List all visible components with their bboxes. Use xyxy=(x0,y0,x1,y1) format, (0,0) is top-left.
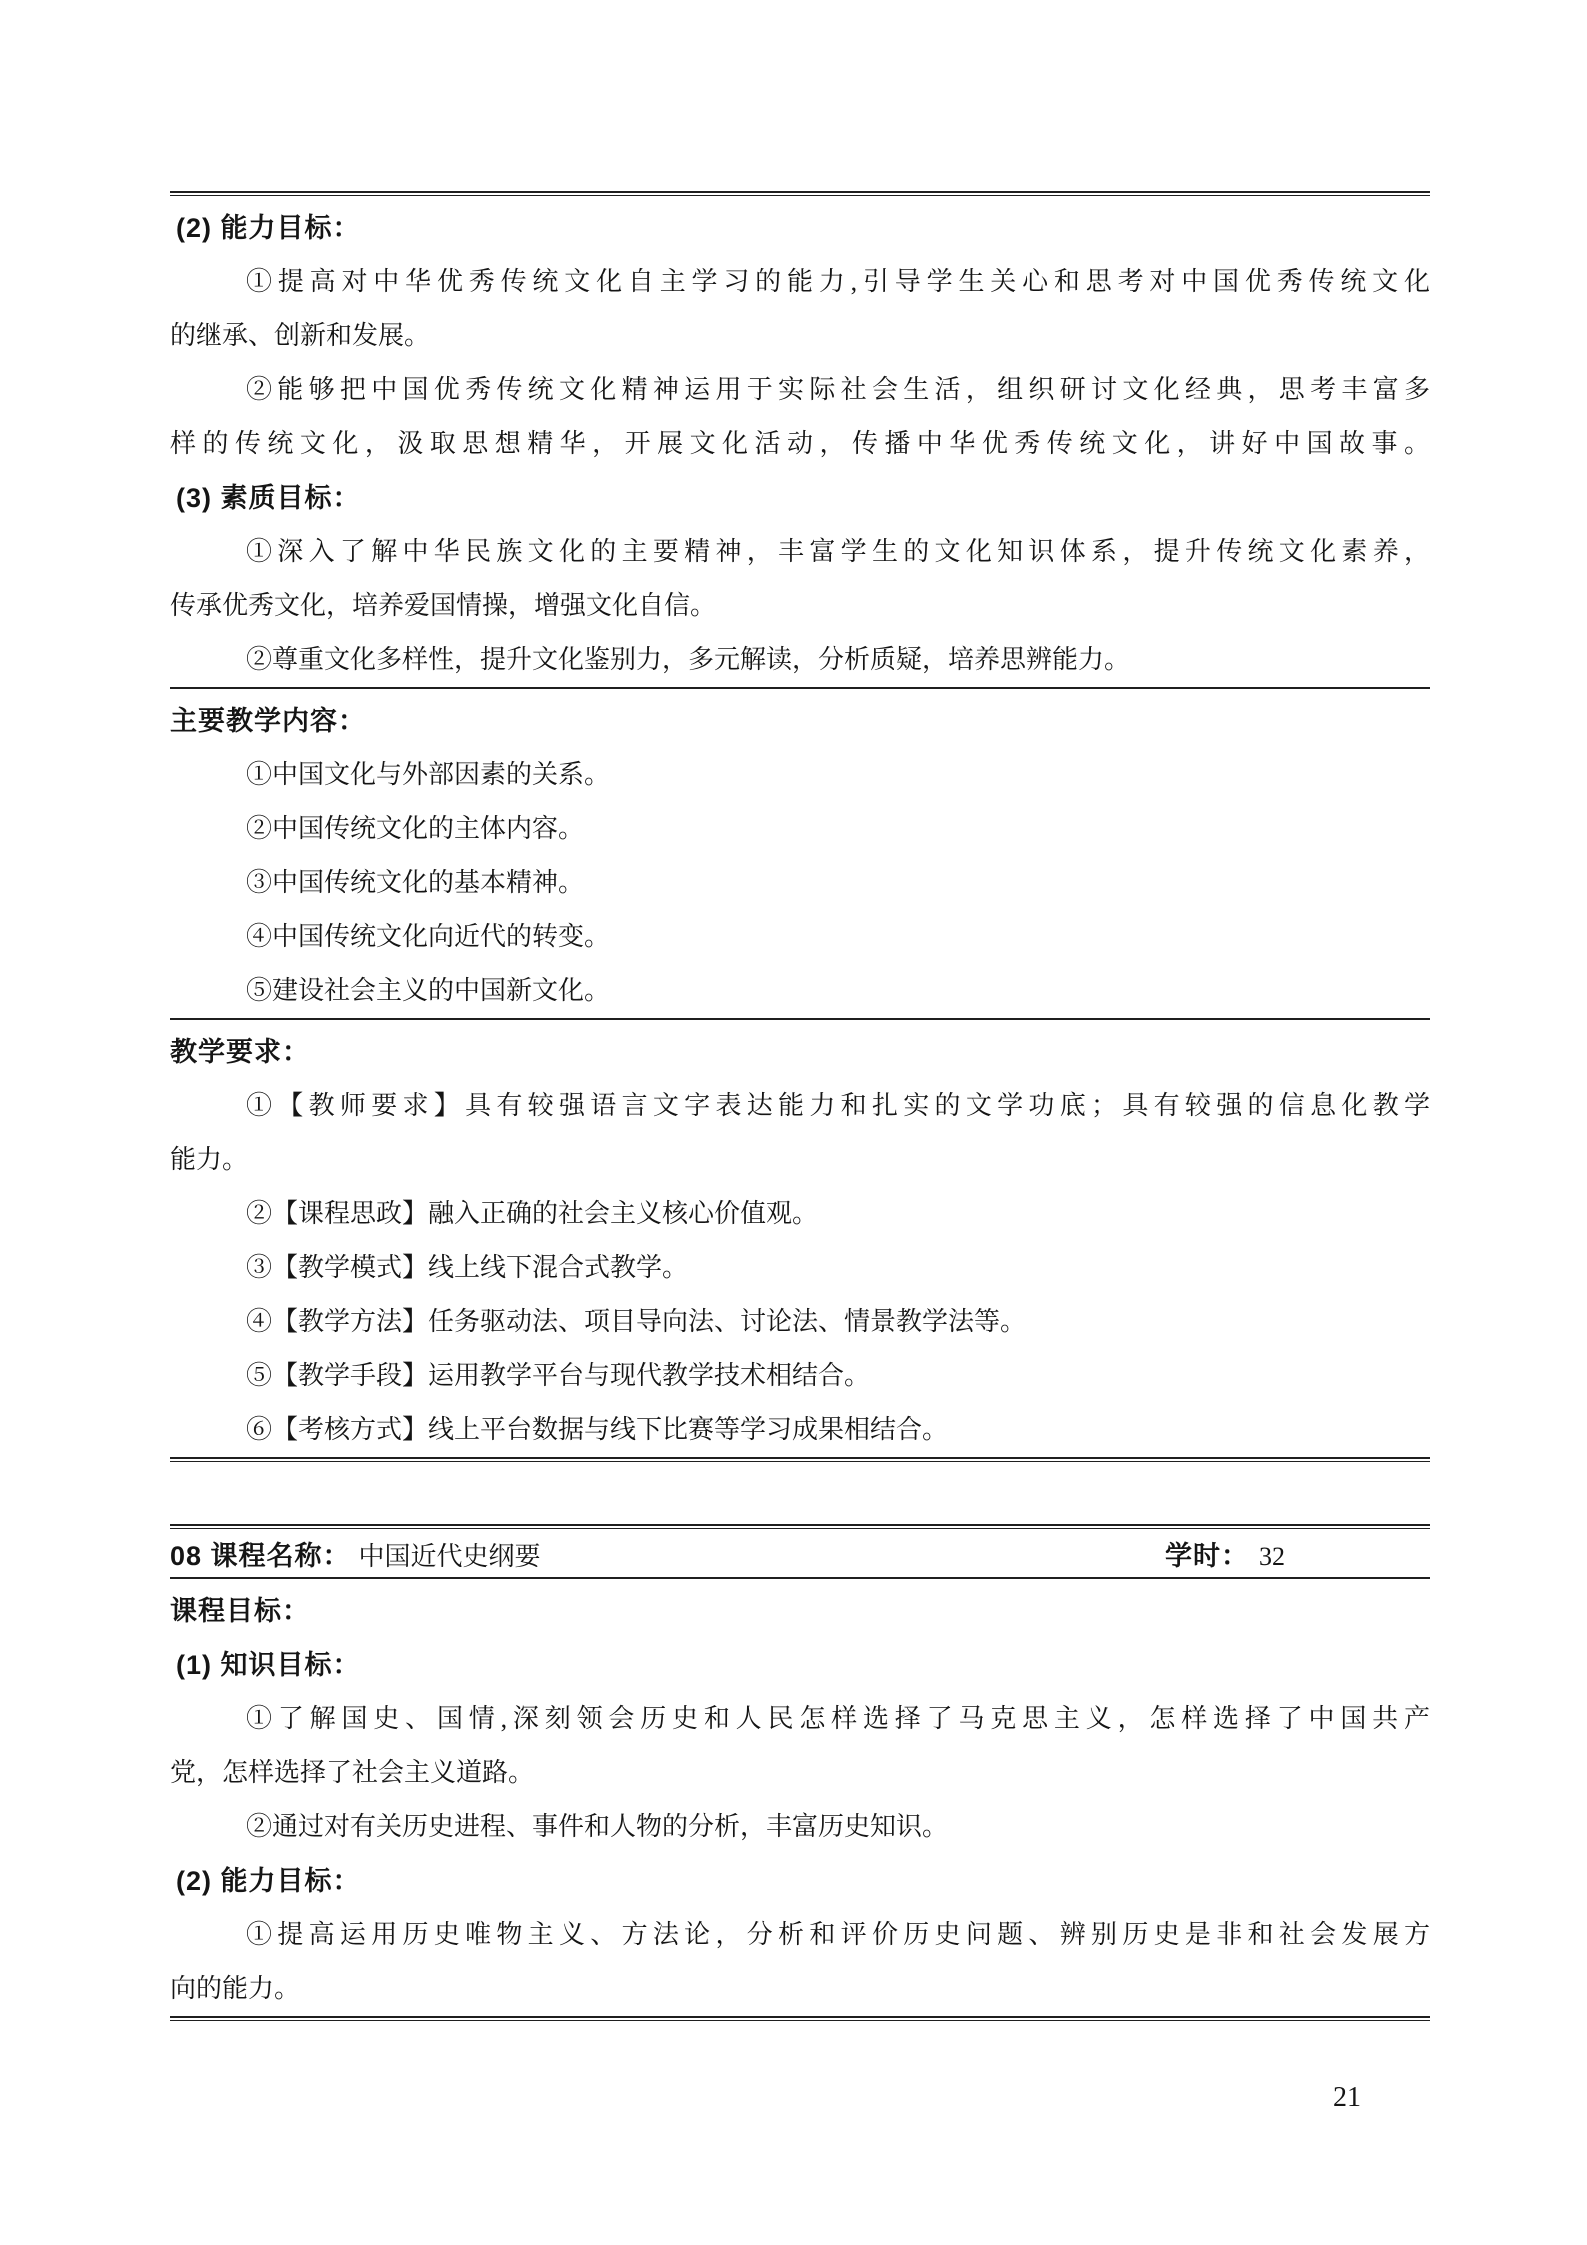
section-course-goals: 课程目标： (1) 知识目标： ①了解国史、国情,深刻领会历史和人民怎样选择了马… xyxy=(170,1579,1430,2016)
page-content: (2) 能力目标： ①提高对中华优秀传统文化自主学习的能力,引导学生关心和思考对… xyxy=(170,191,1430,2021)
page-number: 21 xyxy=(1333,2082,1361,2114)
teaching-content-item-5: ⑤建设社会主义的中国新文化。 xyxy=(170,964,1430,1018)
ability-goals-2-heading: (2) 能力目标： xyxy=(170,1854,1430,1908)
course-number-name-label: 08 课程名称： xyxy=(170,1534,351,1573)
quality-goal-1-line-1: ①深入了解中华民族文化的主要精神，丰富学生的文化知识体系，提升传统文化素养， xyxy=(170,525,1430,579)
course-name-value: 中国近代史纲要 xyxy=(359,1536,541,1573)
section-teaching-content: 主要教学内容： ①中国文化与外部因素的关系。 ②中国传统文化的主体内容。 ③中国… xyxy=(170,689,1430,1018)
teaching-content-item-2: ②中国传统文化的主体内容。 xyxy=(170,802,1430,856)
ability-goal-2-line-2: 样的传统文化，汲取思想精华，开展文化活动，传播中华优秀传统文化，讲好中国故事。 xyxy=(170,417,1430,471)
course-hours-label: 学时： xyxy=(1165,1534,1249,1573)
ability-goal2-1-line-2: 向的能力。 xyxy=(170,1962,1430,2016)
quality-goal-2: ②尊重文化多样性，提升文化鉴别力，多元解读，分析质疑，培养思辨能力。 xyxy=(170,633,1430,687)
ability-goal2-1-line-1: ①提高运用历史唯物主义、方法论，分析和评价历史问题、辨别历史是非和社会发展方 xyxy=(170,1908,1430,1962)
teaching-requirements-heading: 教学要求： xyxy=(170,1025,1430,1079)
quality-goal-1-line-2: 传承优秀文化，培养爱国情操，增强文化自信。 xyxy=(170,579,1430,633)
knowledge-goal-1-line-1: ①了解国史、国情,深刻领会历史和人民怎样选择了马克思主义，怎样选择了中国共产 xyxy=(170,1692,1430,1746)
course-hours-value: 32 xyxy=(1259,1542,1285,1572)
ability-goals-heading: (2) 能力目标： xyxy=(170,201,1430,255)
document-page: (2) 能力目标： ①提高对中华优秀传统文化自主学习的能力,引导学生关心和思考对… xyxy=(0,0,1587,2245)
course-hours-group: 学时： 32 xyxy=(1165,1534,1285,1573)
requirement-6: ⑥【考核方式】线上平台数据与线下比赛等学习成果相结合。 xyxy=(170,1403,1430,1457)
table2-bottom-border xyxy=(170,2016,1430,2021)
requirement-4: ④【教学方法】任务驱动法、项目导向法、讨论法、情景教学法等。 xyxy=(170,1295,1430,1349)
knowledge-goals-heading: (1) 知识目标： xyxy=(170,1638,1430,1692)
course-header-row: 08 课程名称： 中国近代史纲要 学时： 32 xyxy=(170,1529,1430,1577)
course-goals-heading: 课程目标： xyxy=(170,1584,1430,1638)
ability-goal-2-line-1: ②能够把中国优秀传统文化精神运用于实际社会生活，组织研讨文化经典，思考丰富多 xyxy=(170,363,1430,417)
section-teaching-requirements: 教学要求： ①【教师要求】具有较强语言文字表达能力和扎实的文学功底；具有较强的信… xyxy=(170,1020,1430,1457)
ability-goal-1-line-1: ①提高对中华优秀传统文化自主学习的能力,引导学生关心和思考对中国优秀传统文化 xyxy=(170,255,1430,309)
requirement-2: ②【课程思政】融入正确的社会主义核心价值观。 xyxy=(170,1187,1430,1241)
requirement-1-line-2: 能力。 xyxy=(170,1133,1430,1187)
ability-goal-1-line-2: 的继承、创新和发展。 xyxy=(170,309,1430,363)
teaching-content-item-3: ③中国传统文化的基本精神。 xyxy=(170,856,1430,910)
teaching-content-item-4: ④中国传统文化向近代的转变。 xyxy=(170,910,1430,964)
knowledge-goal-2: ②通过对有关历史进程、事件和人物的分析，丰富历史知识。 xyxy=(170,1800,1430,1854)
requirement-3: ③【教学模式】线上线下混合式教学。 xyxy=(170,1241,1430,1295)
requirement-5: ⑤【教学手段】运用教学平台与现代教学技术相结合。 xyxy=(170,1349,1430,1403)
table-gap xyxy=(170,1462,1430,1524)
teaching-content-item-1: ①中国文化与外部因素的关系。 xyxy=(170,748,1430,802)
requirement-1-line-1: ①【教师要求】具有较强语言文字表达能力和扎实的文学功底；具有较强的信息化教学 xyxy=(170,1079,1430,1133)
quality-goals-heading: (3) 素质目标： xyxy=(170,471,1430,525)
teaching-content-heading: 主要教学内容： xyxy=(170,694,1430,748)
section-goals: (2) 能力目标： ①提高对中华优秀传统文化自主学习的能力,引导学生关心和思考对… xyxy=(170,196,1430,687)
knowledge-goal-1-line-2: 党，怎样选择了社会主义道路。 xyxy=(170,1746,1430,1800)
course-name-group: 08 课程名称： 中国近代史纲要 xyxy=(170,1534,541,1573)
